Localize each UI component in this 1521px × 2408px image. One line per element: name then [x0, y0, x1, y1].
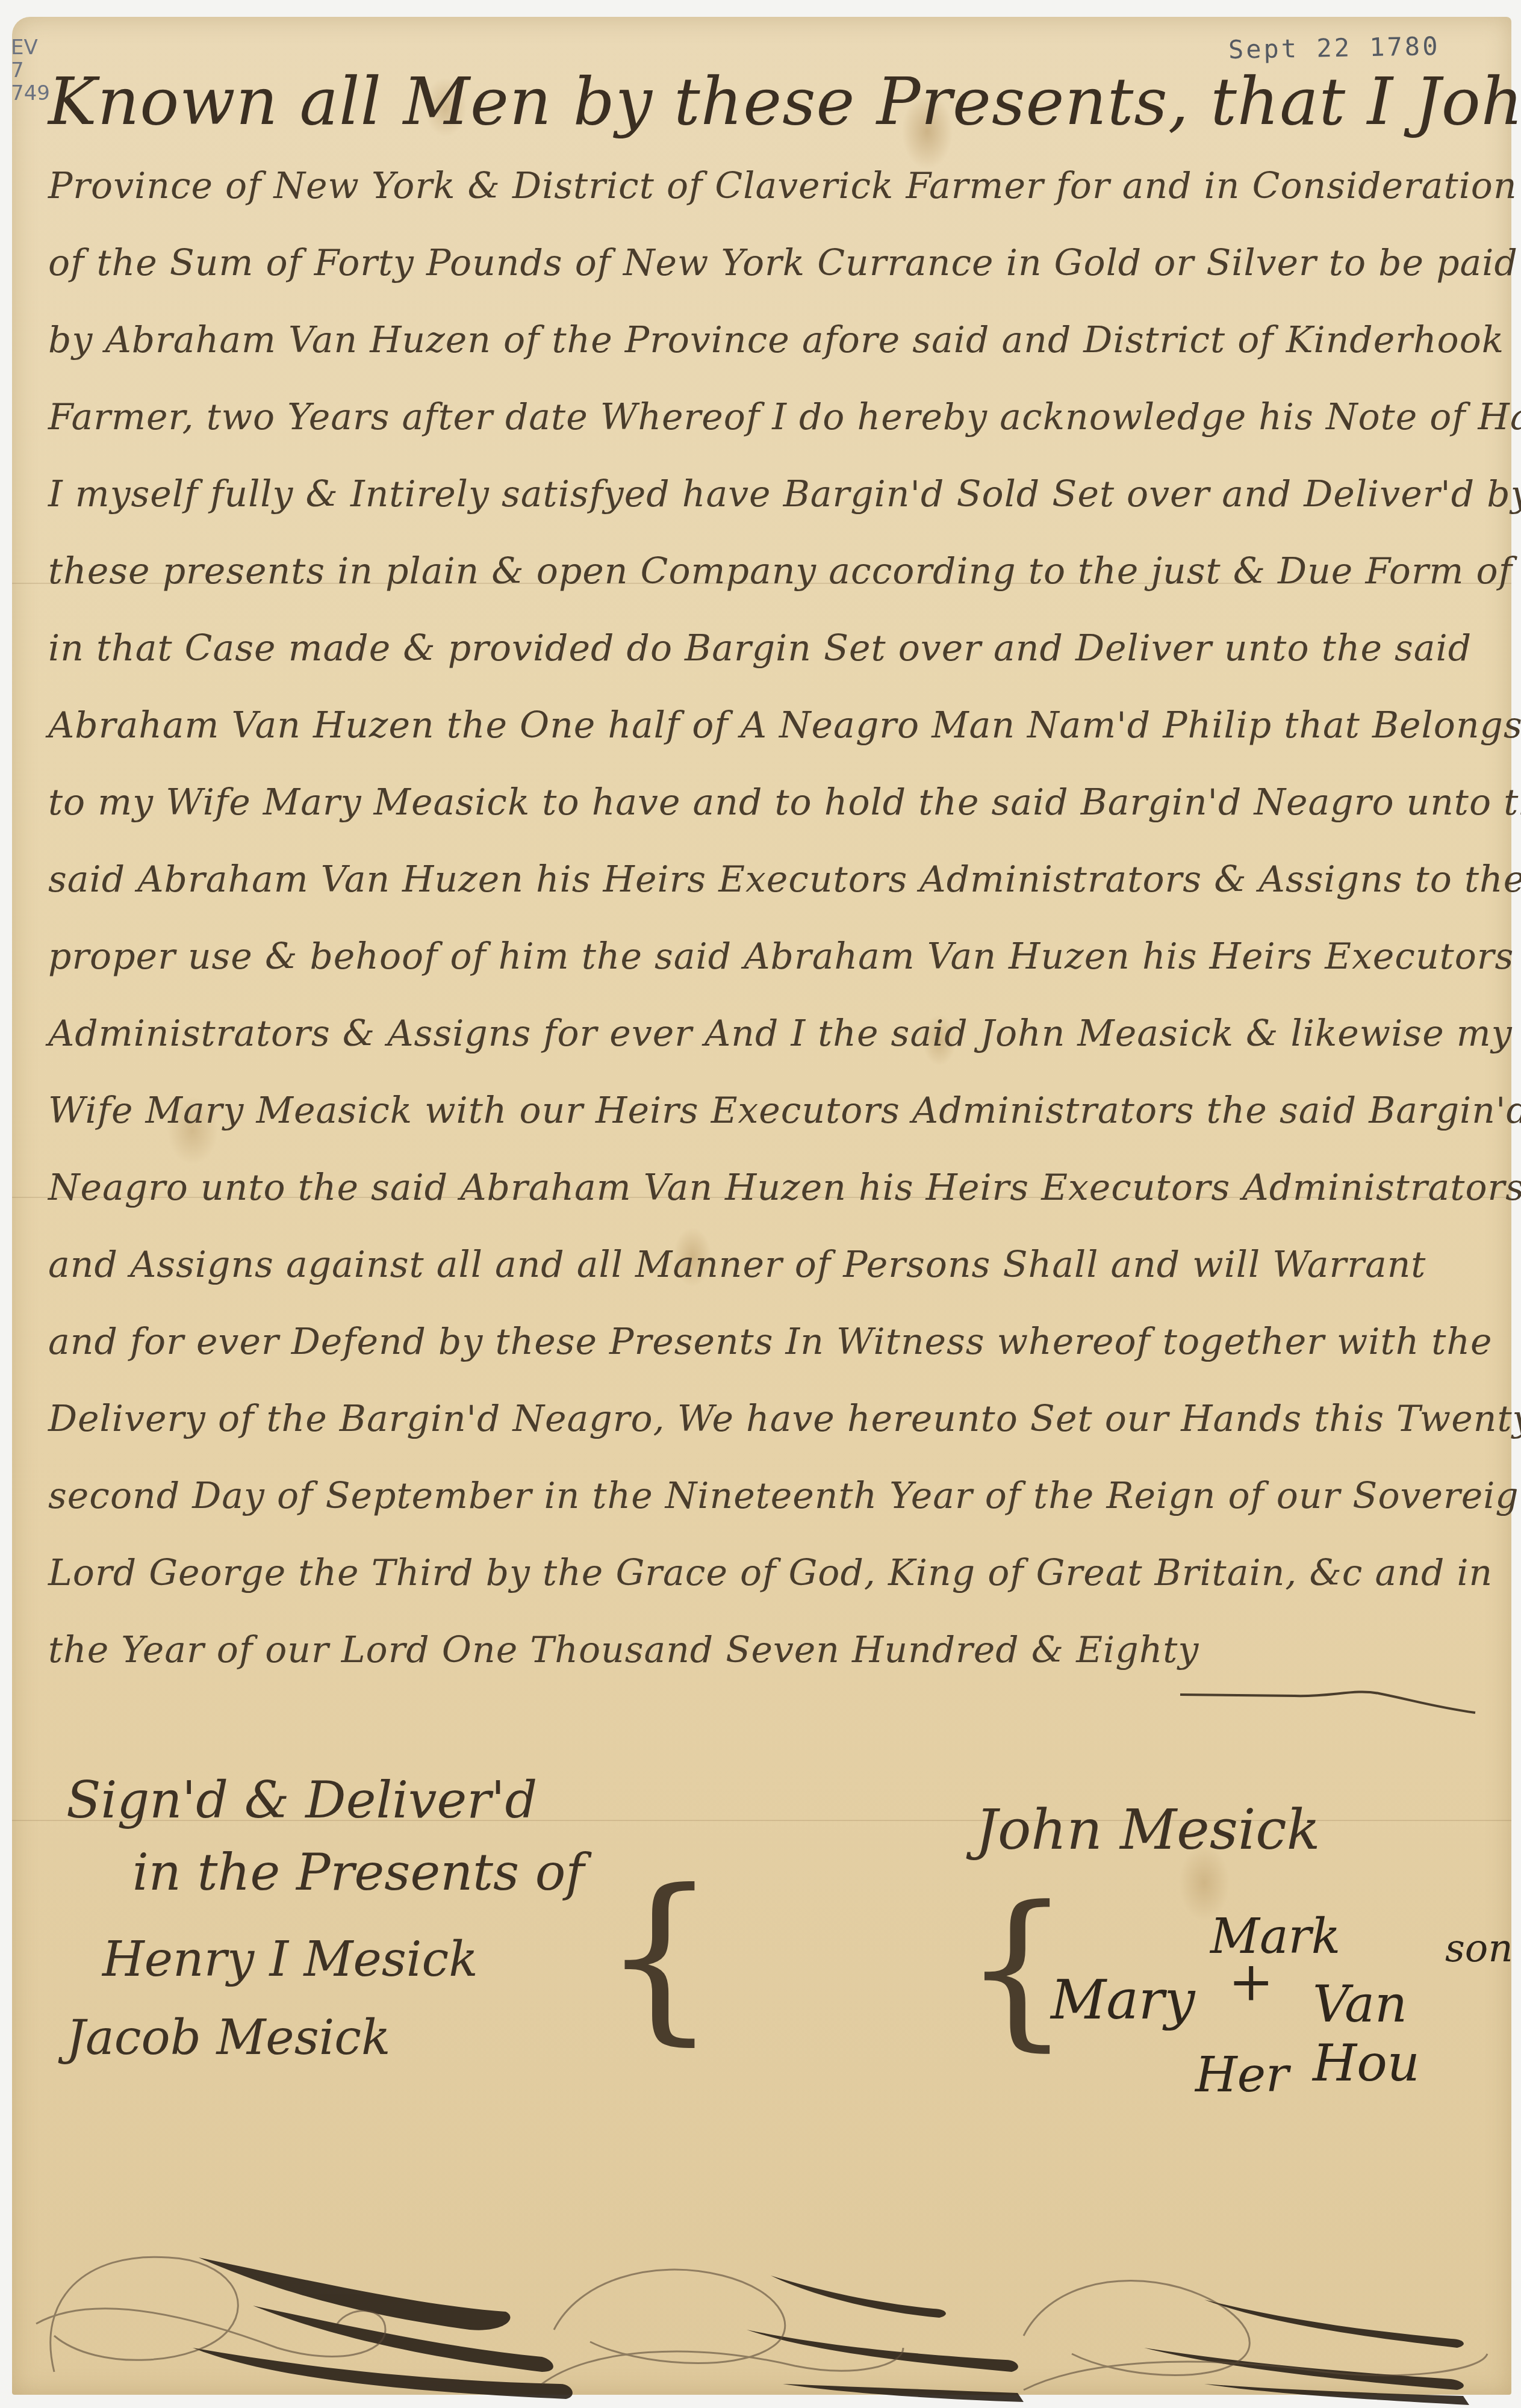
- body-line: and for ever Defend by these Presents In…: [48, 1303, 1481, 1380]
- document-body: Known all Men by these Presents, that I …: [48, 57, 1481, 1689]
- body-line: I myself fully & Intirely satisfyed have…: [48, 456, 1481, 533]
- body-line: Wife Mary Measick with our Heirs Executo…: [48, 1072, 1481, 1149]
- surname-fragment: Van Hou: [1313, 1975, 1521, 2093]
- closing-flourish: [1174, 1671, 1487, 1719]
- witness-signature: Jacob Mesick: [66, 1999, 584, 2077]
- body-line: to my Wife Mary Measick to have and to h…: [48, 764, 1481, 841]
- body-line: Farmer, two Years after date Whereof I d…: [48, 379, 1481, 456]
- calligraphic-flourish: [0, 2191, 1521, 2408]
- body-line: Lord George the Third by the Grace of Go…: [48, 1534, 1481, 1612]
- margin-annotation: EV 7 749: [11, 36, 47, 105]
- witness-heading: in the Presents of: [66, 1836, 584, 1908]
- body-line: Known all Men by these Presents, that I …: [48, 57, 1481, 147]
- body-line: Delivery of the Bargin'd Neagro, We have…: [48, 1380, 1481, 1457]
- her-label: Her: [1195, 2047, 1289, 2103]
- body-line: said Abraham Van Huzen his Heirs Executo…: [48, 841, 1481, 918]
- signature-john: John Mesick: [951, 1794, 1320, 1866]
- witness-heading: Sign'd & Deliver'd: [66, 1764, 584, 1836]
- witness-block: Sign'd & Deliver'd in the Presents of He…: [66, 1764, 584, 2077]
- body-line: Abraham Van Huzen the One half of A Neag…: [48, 687, 1481, 764]
- brace-icon: {: [602, 1866, 717, 2047]
- body-line: second Day of September in the Nineteent…: [48, 1457, 1481, 1534]
- mark-cross-icon: +: [1228, 1950, 1274, 2014]
- margin-note-line: 749: [11, 82, 47, 105]
- signature-mary: Mary: [1051, 1969, 1195, 2032]
- signer-block: John Mesick: [951, 1794, 1320, 1866]
- son-fragment: son: [1445, 1926, 1513, 1971]
- body-line: Neagro unto the said Abraham Van Huzen h…: [48, 1149, 1481, 1226]
- body-line: of the Sum of Forty Pounds of New York C…: [48, 225, 1481, 302]
- body-line: and Assigns against all and all Manner o…: [48, 1226, 1481, 1303]
- body-line: these presents in plain & open Company a…: [48, 533, 1481, 610]
- body-line: Administrators & Assigns for ever And I …: [48, 995, 1481, 1072]
- body-line: Province of New York & District of Clave…: [48, 147, 1481, 225]
- witness-signature: Henry I Mesick: [66, 1920, 584, 1999]
- margin-note-line: EV: [11, 36, 47, 59]
- body-line: proper use & behoof of him the said Abra…: [48, 918, 1481, 995]
- margin-note-line: 7: [11, 59, 47, 82]
- body-line: in that Case made & provided do Bargin S…: [48, 610, 1481, 687]
- body-line: by Abraham Van Huzen of the Province afo…: [48, 302, 1481, 379]
